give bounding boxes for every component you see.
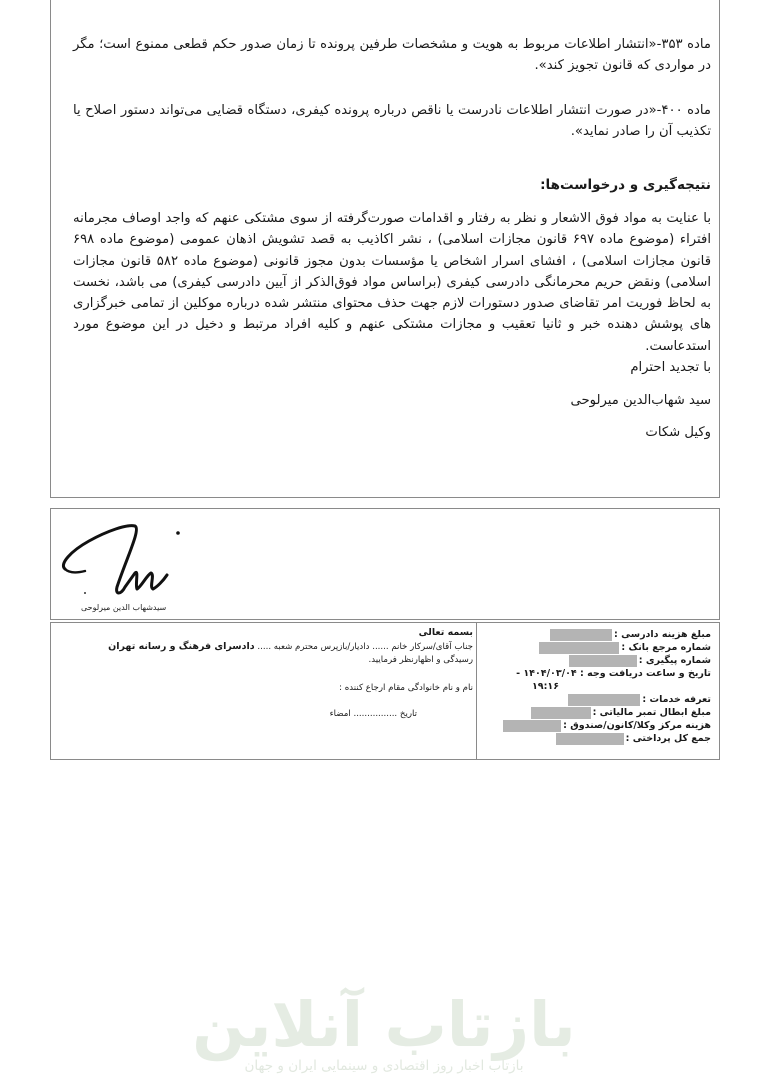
article-353-text: ماده ۳۵۳-«انتشار اطلاعات مربوط به هویت و… (73, 34, 711, 76)
article-400-text: ماده ۴۰۰-«در صورت انتشار اطلاعات نادرست … (73, 100, 711, 142)
referral-line-2: رسیدگی و اظهارنظر فرمایید. (369, 655, 474, 665)
signer-name: سید شهاب‌الدین میرلوحی (570, 393, 711, 408)
referral-line-1: جناب آقای/سرکار خانم ...... دادیار/بازپر… (108, 641, 473, 652)
conclusion-heading: نتیجه‌گیری و درخواست‌ها: (73, 175, 711, 196)
redacted-value (568, 694, 640, 706)
redacted-value (569, 655, 637, 667)
court-name: دادسرای فرهنگ و رسانه تهران (108, 641, 255, 652)
redacted-value (531, 707, 591, 719)
watermark: بازتاب آنلاین بازتاب اخبار روز اقتصادی و… (0, 990, 768, 1074)
date-signature-line: تاریخ ................ امضاء (330, 709, 417, 719)
redacted-value (550, 629, 612, 641)
fee-row-bank-ref: شماره مرجع بانک : (477, 641, 719, 654)
referral-title: بسمه تعالی (419, 627, 473, 638)
redacted-value (503, 720, 561, 732)
referral-and-fees-box: مبلغ هزینه دادرسی : شماره مرجع بانک : شم… (50, 622, 720, 760)
watermark-logo: بازتاب آنلاین (0, 990, 768, 1060)
letter-body-box: ماده ۳۵۳-«انتشار اطلاعات مربوط به هویت و… (50, 0, 720, 498)
signer-role: وکیل شکات (645, 425, 711, 440)
fees-panel: مبلغ هزینه دادرسی : شماره مرجع بانک : شم… (476, 623, 719, 759)
fee-row-tracking: شماره پیگیری : (477, 654, 719, 667)
signature-caption: سیدشهاب الدین میرلوحی (81, 603, 166, 612)
fee-row-court-cost: مبلغ هزینه دادرسی : (477, 628, 719, 641)
conclusion-body: با عنایت به مواد فوق الاشعار و نظر به رف… (73, 208, 711, 357)
fee-row-payment-time: ۱۹:۱۶ (477, 680, 719, 693)
watermark-tagline: بازتاب اخبار روز اقتصادی و سینمایی ایران… (0, 1058, 768, 1074)
fee-row-tax-stamp: مبلغ ابطال تمبر مالیاتی : (477, 706, 719, 719)
referrer-name-label: نام و نام خانوادگی مقام ارجاع کننده : (339, 683, 473, 693)
referral-panel: بسمه تعالی جناب آقای/سرکار خانم ...... د… (51, 623, 477, 759)
fee-row-payment-date: تاریخ و ساعت دریافت وجه : ۱۴۰۴/۰۳/۰۴ - (477, 667, 719, 680)
handwritten-signature-icon (55, 517, 205, 607)
closing-text: با تجدید احترام (630, 360, 711, 375)
fee-row-bar-fund: هزینه مرکز وکلا/کانون/صندوق : (477, 719, 719, 732)
fee-row-service-tariff: تعرفه خدمات : (477, 693, 719, 706)
redacted-value (539, 642, 619, 654)
signature-box: سیدشهاب الدین میرلوحی (50, 508, 720, 620)
redacted-value (556, 733, 624, 745)
fee-row-total: جمع کل پرداختی : (477, 732, 719, 745)
